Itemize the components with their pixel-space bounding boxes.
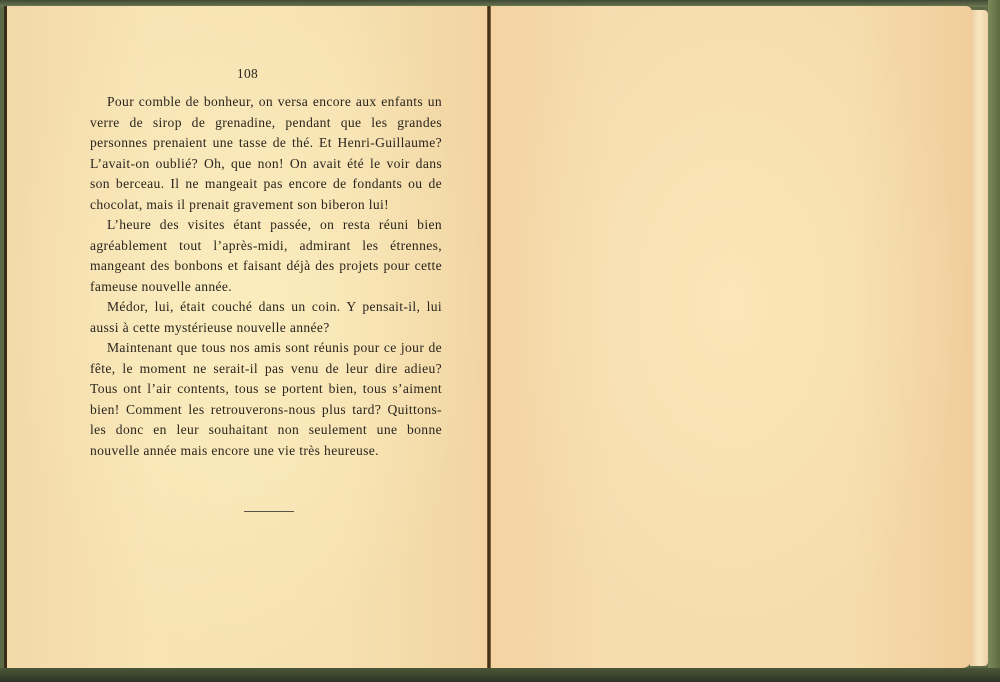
body-text: Pour comble de bonheur, on versa encore … <box>90 92 442 461</box>
page-number: 108 <box>7 66 488 82</box>
book-cover-right-edge <box>988 0 1000 682</box>
left-page: 108 Pour comble de bonheur, on versa enc… <box>4 6 488 668</box>
paragraph: L’heure des visites étant passée, on res… <box>90 215 442 297</box>
book-cover-bottom-edge <box>0 668 1000 682</box>
right-page-blank <box>491 6 972 668</box>
paragraph: Maintenant que tous nos amis sont réunis… <box>90 338 442 461</box>
end-of-chapter-rule <box>244 511 294 512</box>
paragraph: Médor, lui, était couché dans un coin. Y… <box>90 297 442 338</box>
paragraph: Pour comble de bonheur, on versa encore … <box>90 92 442 215</box>
page-stack-edges <box>970 10 988 666</box>
